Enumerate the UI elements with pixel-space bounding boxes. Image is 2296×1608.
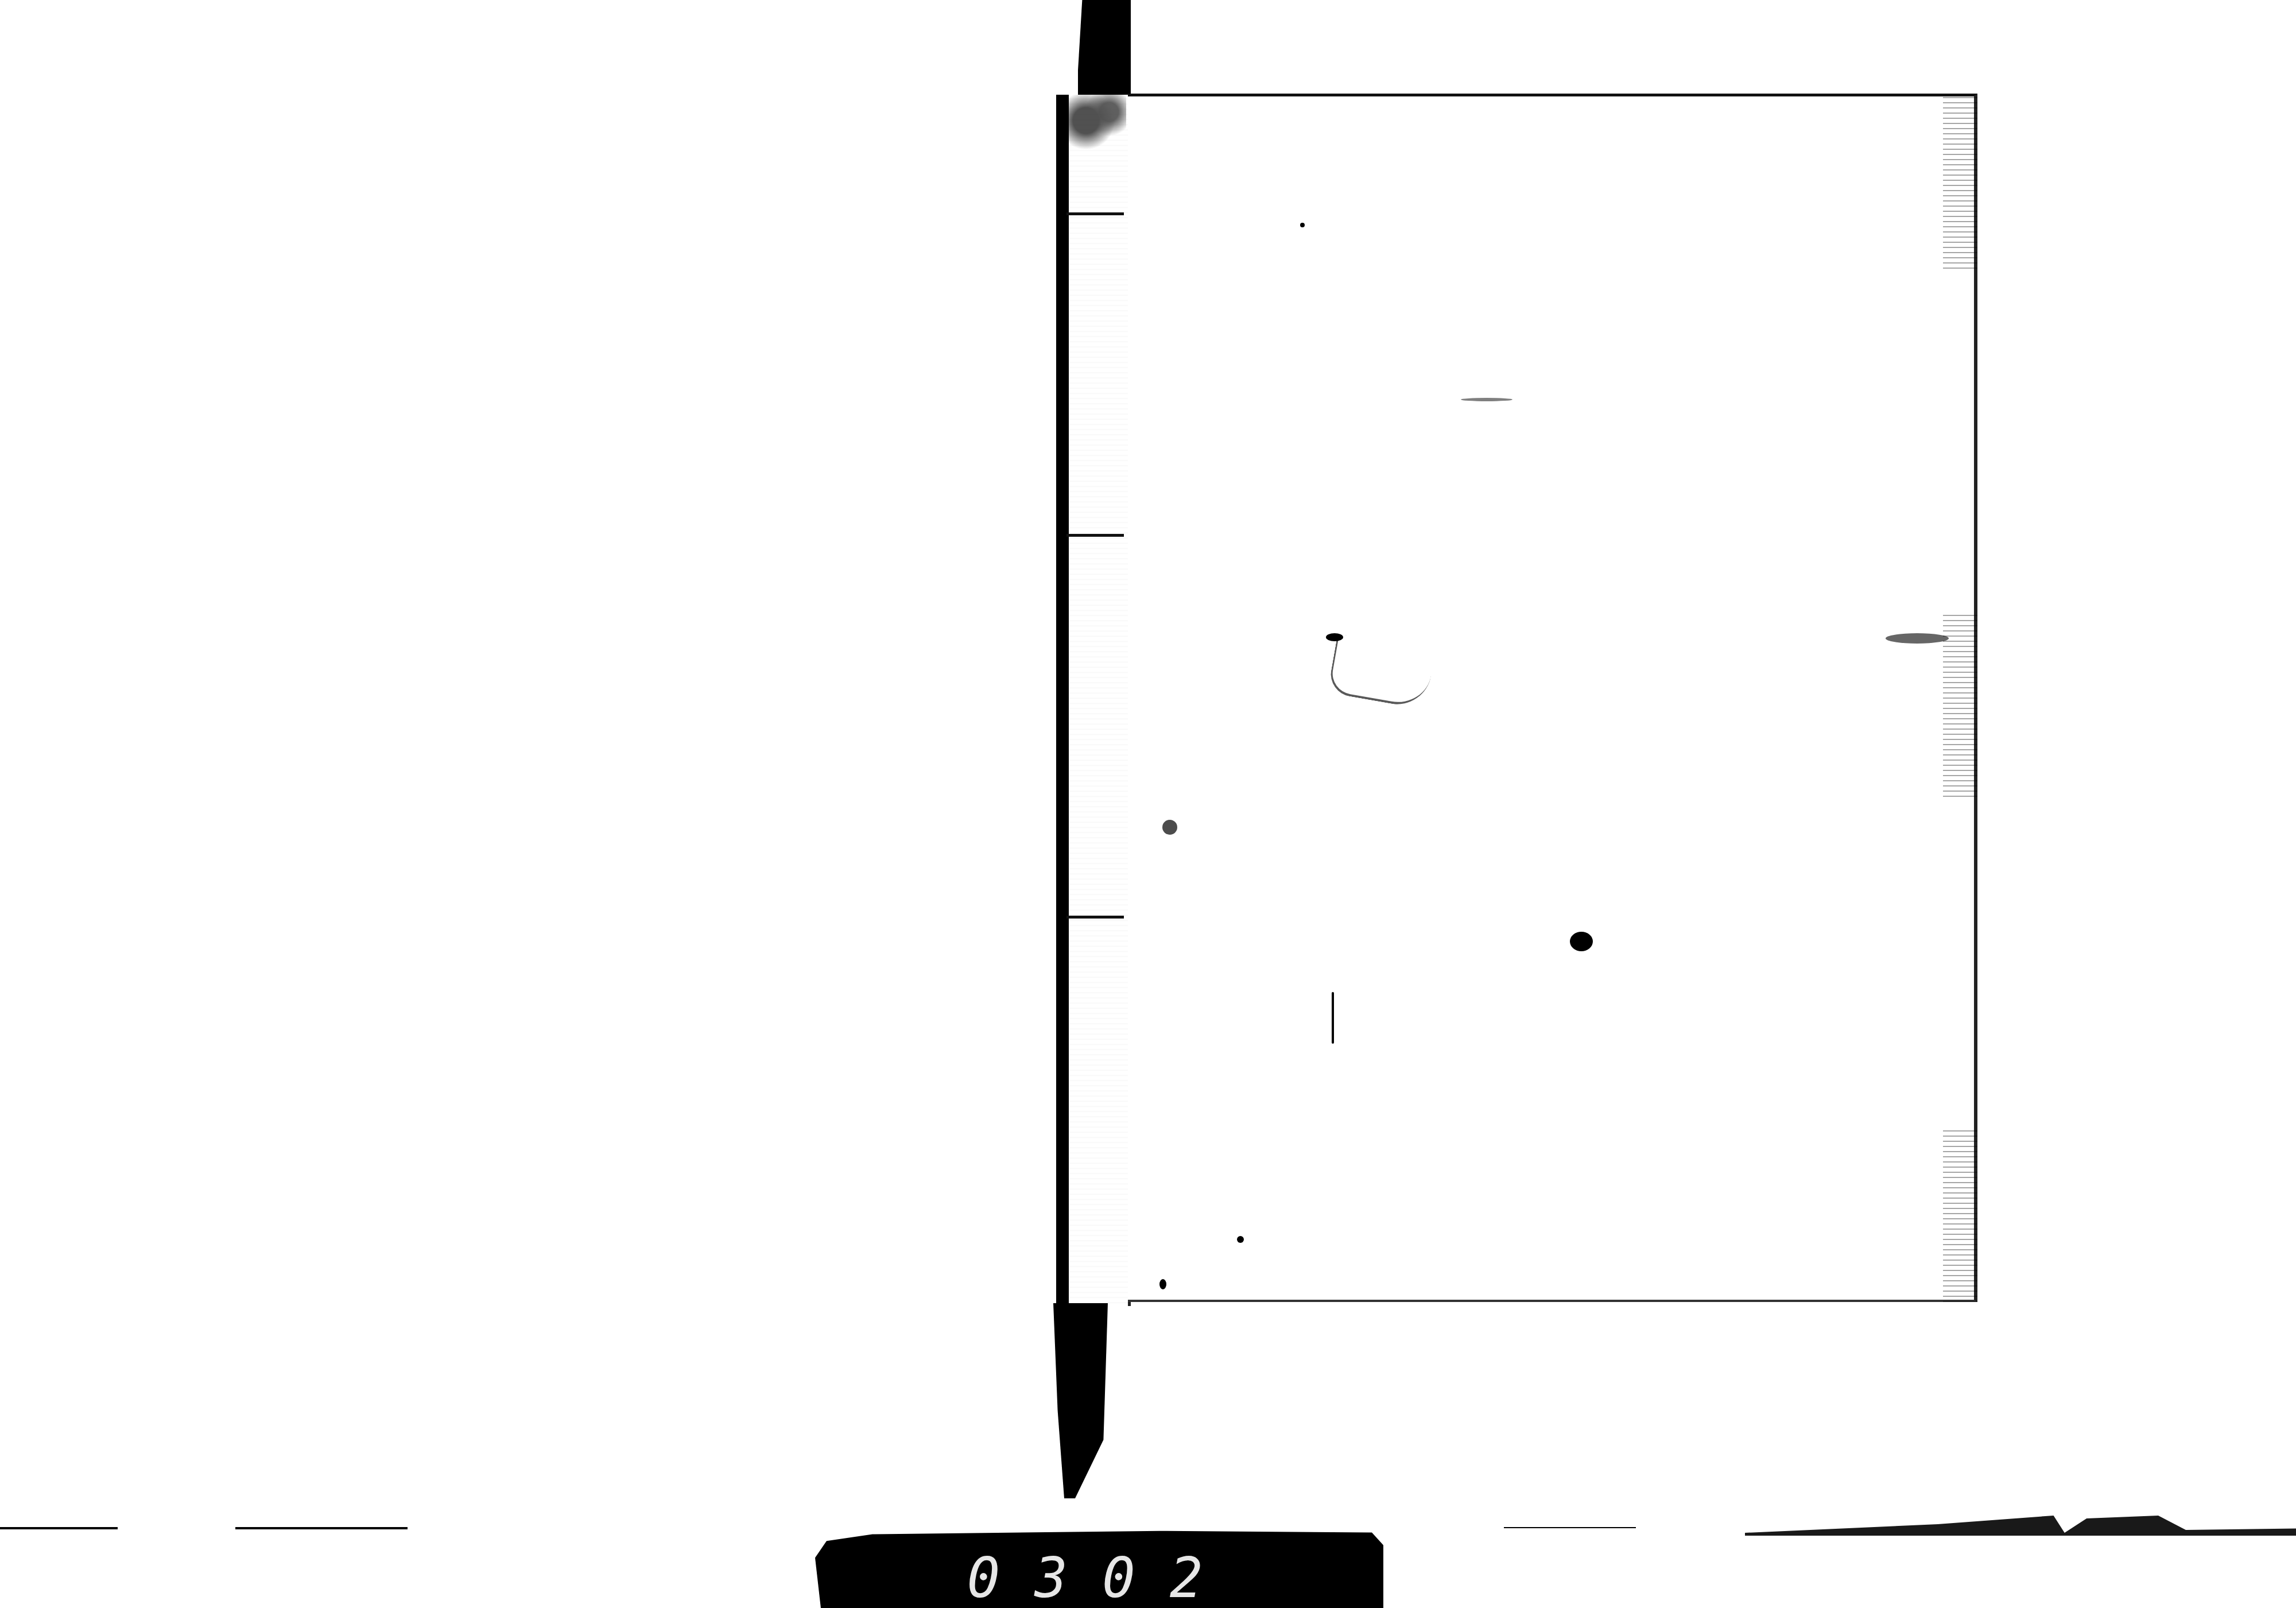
blank-page	[1128, 94, 1977, 1302]
stray-mark	[1327, 634, 1435, 710]
book-spine-bottom	[1053, 1303, 1108, 1498]
edge-smudge	[1886, 633, 1949, 644]
edge-wear	[1943, 1130, 1977, 1302]
ink-spot	[1570, 932, 1593, 951]
scanner-bed-line	[0, 1527, 118, 1529]
book-spine	[1056, 95, 1131, 1306]
frame-counter: 0302	[815, 1524, 1389, 1608]
ink-spot	[1300, 223, 1305, 227]
frame-counter-value: 0302	[815, 1546, 1389, 1608]
edge-wear	[1943, 96, 1977, 269]
spine-band	[1066, 534, 1124, 537]
spine-wear	[1069, 95, 1126, 181]
spine-band	[1066, 212, 1124, 215]
ink-spot	[1326, 633, 1343, 641]
ink-spot	[1159, 1279, 1166, 1289]
scanner-smear	[1745, 1507, 2296, 1536]
scanner-bed-line	[235, 1527, 408, 1529]
scanner-bed-line	[1504, 1527, 1636, 1528]
spine-band	[1066, 916, 1124, 919]
book-spine-top	[1078, 0, 1131, 100]
stray-mark	[1461, 398, 1512, 401]
edge-wear	[1943, 613, 1977, 797]
ink-spot	[1162, 820, 1177, 835]
ink-spot	[1237, 1236, 1244, 1243]
stray-mark	[1332, 992, 1334, 1044]
